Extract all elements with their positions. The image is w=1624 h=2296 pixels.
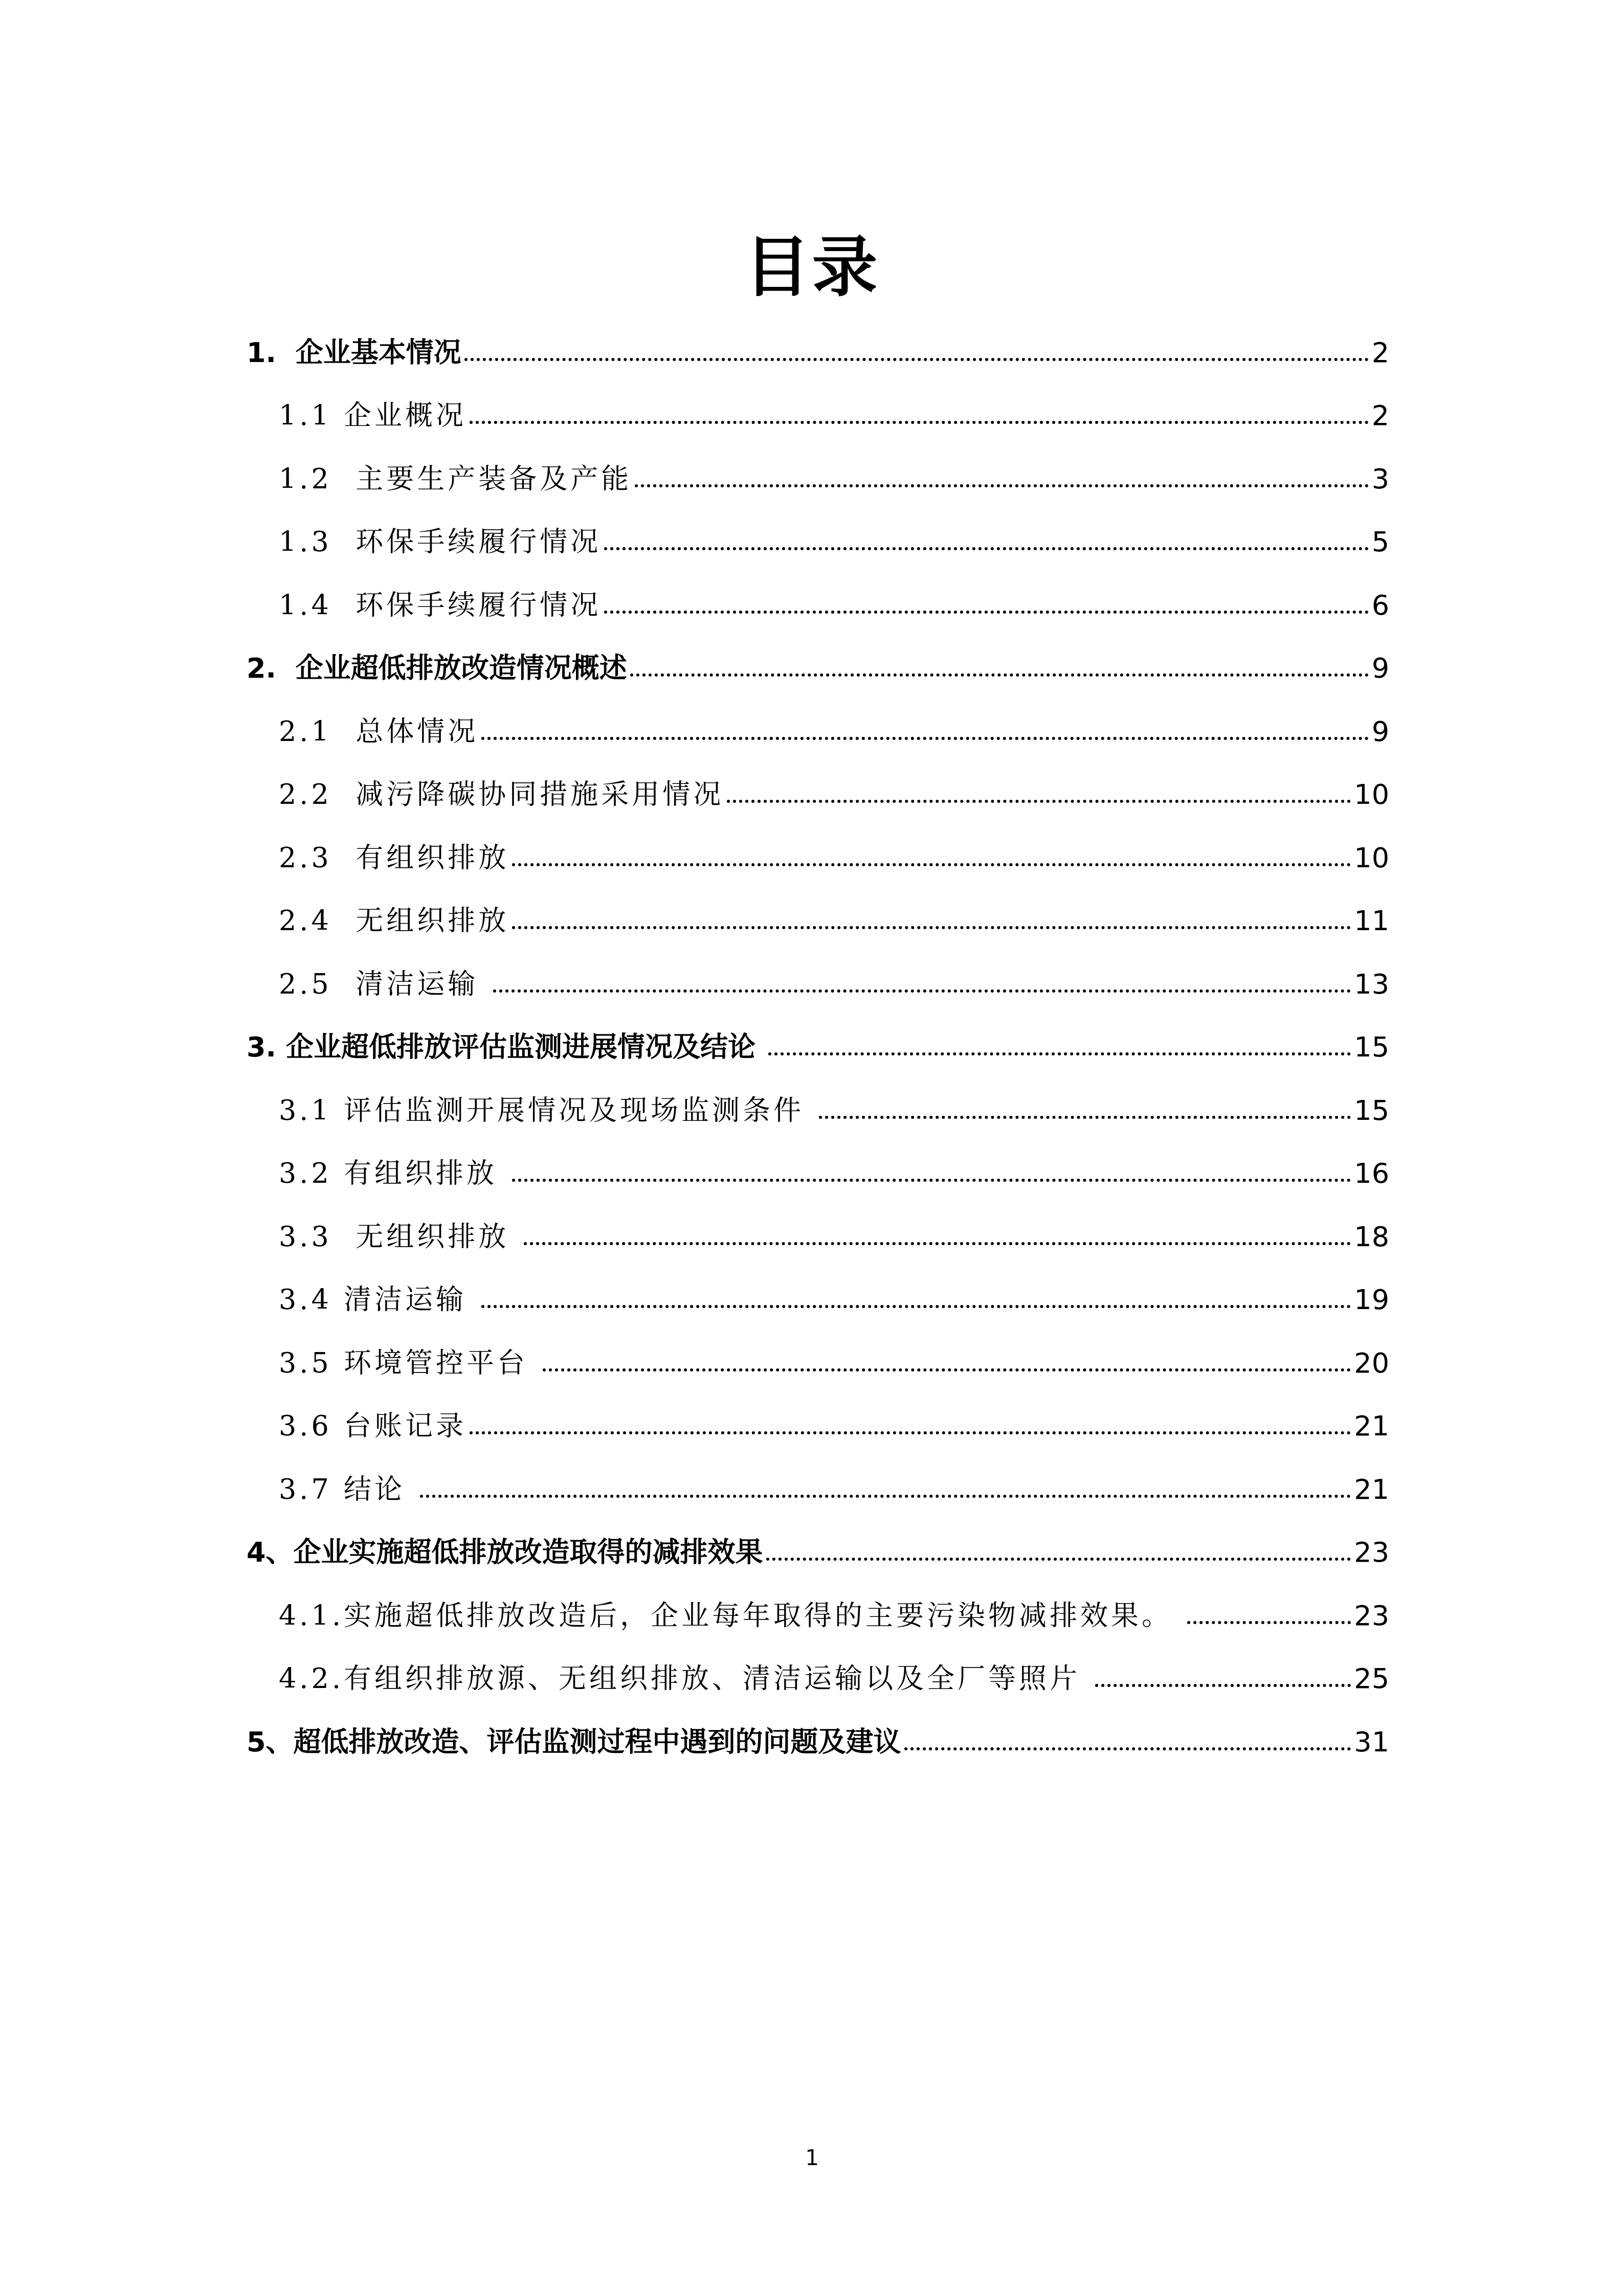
page-number: 1 bbox=[0, 2145, 1624, 2170]
toc-entry[interactable]: 3.3 无组织排放 18 bbox=[279, 1211, 1389, 1263]
toc-entry-page: 2 bbox=[1372, 327, 1389, 378]
toc-entry[interactable]: 4.1.实施超低排放改造后，企业每年取得的主要污染物减排效果。 23 bbox=[279, 1590, 1389, 1641]
toc-entry-page: 25 bbox=[1354, 1653, 1389, 1704]
dot-leader bbox=[727, 798, 1351, 803]
toc-entry-label: 5、超低排放改造、评估监测过程中遇到的问题及建议 bbox=[247, 1717, 901, 1768]
toc-entry[interactable]: 1.1 企业概况2 bbox=[279, 390, 1389, 441]
dot-leader bbox=[543, 1366, 1351, 1371]
toc-entry-page: 20 bbox=[1354, 1338, 1389, 1389]
toc-entry-label: 2.4 无组织排放 bbox=[279, 895, 509, 947]
toc-entry-label: 1. 企业基本情况 bbox=[247, 327, 461, 378]
toc-entry[interactable]: 4.2.有组织排放源、无组织排放、清洁运输以及全厂等照片 25 bbox=[279, 1653, 1389, 1704]
dot-leader bbox=[512, 1177, 1351, 1182]
toc-entry-page: 3 bbox=[1372, 454, 1389, 505]
toc-entry[interactable]: 4、企业实施超低排放改造取得的减排效果23 bbox=[247, 1527, 1389, 1578]
toc-entry-page: 23 bbox=[1354, 1590, 1389, 1641]
dot-leader bbox=[470, 1429, 1351, 1434]
toc-entry-label: 2.5 清洁运输 bbox=[279, 959, 490, 1010]
toc-entry-label: 3.4 清洁运输 bbox=[279, 1274, 478, 1325]
toc-entry-page: 31 bbox=[1354, 1717, 1389, 1768]
toc-entry-label: 2.3 有组织排放 bbox=[279, 832, 509, 884]
toc-entry[interactable]: 1.4 环保手续履行情况6 bbox=[279, 580, 1389, 631]
toc-entry[interactable]: 2.4 无组织排放11 bbox=[279, 895, 1389, 947]
toc-entry-label: 3.1 评估监测开展情况及现场监测条件 bbox=[279, 1085, 816, 1136]
toc-entry-page: 21 bbox=[1354, 1401, 1389, 1452]
toc-entry[interactable]: 3. 企业超低排放评估监测进展情况及结论 15 bbox=[247, 1022, 1389, 1073]
dot-leader bbox=[481, 735, 1368, 740]
toc-entry-page: 15 bbox=[1354, 1022, 1389, 1073]
toc-entry[interactable]: 2.2 减污降碳协同措施采用情况10 bbox=[279, 769, 1389, 820]
toc-entry[interactable]: 3.1 评估监测开展情况及现场监测条件 15 bbox=[279, 1085, 1389, 1136]
toc-entry-label: 4.2.有组织排放源、无组织排放、清洁运输以及全厂等照片 bbox=[279, 1653, 1092, 1704]
toc-entry[interactable]: 3.5 环境管控平台 20 bbox=[279, 1338, 1389, 1389]
toc-entry-label: 1.4 环保手续履行情况 bbox=[279, 580, 601, 631]
toc-entry-page: 9 bbox=[1372, 706, 1389, 757]
toc-entry[interactable]: 3.6 台账记录21 bbox=[279, 1401, 1389, 1452]
document-title: 目录 bbox=[0, 215, 1624, 309]
toc-entry-page: 15 bbox=[1354, 1085, 1389, 1136]
toc-entry-label: 4、企业实施超低排放改造取得的减排效果 bbox=[247, 1527, 763, 1578]
dot-leader bbox=[512, 924, 1351, 929]
toc-entry-label: 4.1.实施超低排放改造后，企业每年取得的主要污染物减排效果。 bbox=[279, 1590, 1184, 1641]
dot-leader bbox=[470, 419, 1369, 424]
toc-entry-label: 3.6 台账记录 bbox=[279, 1401, 466, 1452]
dot-leader bbox=[481, 1303, 1351, 1308]
toc-entry[interactable]: 2.1 总体情况9 bbox=[279, 706, 1389, 757]
toc-entry-label: 3. 企业超低排放评估监测进展情况及结论 bbox=[247, 1022, 765, 1073]
dot-leader bbox=[819, 1114, 1351, 1119]
toc-entry-page: 16 bbox=[1354, 1148, 1389, 1199]
dot-leader bbox=[464, 356, 1369, 361]
dot-leader bbox=[604, 545, 1368, 550]
dot-leader bbox=[904, 1745, 1351, 1750]
toc-entry-page: 9 bbox=[1372, 643, 1389, 694]
toc-entry[interactable]: 2. 企业超低排放改造情况概述9 bbox=[247, 643, 1389, 694]
toc-entry[interactable]: 2.5 清洁运输 13 bbox=[279, 959, 1389, 1010]
toc-entry-label: 1.3 环保手续履行情况 bbox=[279, 516, 601, 568]
toc-entry[interactable]: 1.2 主要生产装备及产能3 bbox=[279, 454, 1389, 505]
toc-entry-label: 3.2 有组织排放 bbox=[279, 1148, 509, 1199]
toc-entry[interactable]: 2.3 有组织排放10 bbox=[279, 832, 1389, 884]
dot-leader bbox=[766, 1556, 1351, 1561]
dot-leader bbox=[604, 609, 1368, 614]
toc-entry-page: 2 bbox=[1372, 390, 1389, 441]
toc-entry-page: 5 bbox=[1372, 516, 1389, 568]
toc-entry[interactable]: 5、超低排放改造、评估监测过程中遇到的问题及建议31 bbox=[247, 1717, 1389, 1768]
toc-entry-page: 19 bbox=[1354, 1274, 1389, 1325]
dot-leader bbox=[630, 671, 1369, 677]
dot-leader bbox=[1095, 1682, 1351, 1687]
toc-entry-label: 2.1 总体情况 bbox=[279, 706, 478, 757]
toc-entry[interactable]: 1.3 环保手续履行情况5 bbox=[279, 516, 1389, 568]
toc-entry-label: 2.2 减污降碳协同措施采用情况 bbox=[279, 769, 724, 820]
toc-entry-label: 3.3 无组织排放 bbox=[279, 1211, 521, 1263]
toc-entry[interactable]: 1. 企业基本情况2 bbox=[247, 327, 1389, 378]
toc-entry[interactable]: 3.7 结论 21 bbox=[279, 1464, 1389, 1515]
toc-entry-page: 10 bbox=[1354, 832, 1389, 884]
toc-entry-label: 3.5 环境管控平台 bbox=[279, 1338, 540, 1389]
dot-leader bbox=[512, 861, 1351, 866]
dot-leader bbox=[768, 1050, 1351, 1055]
dot-leader bbox=[1187, 1619, 1351, 1624]
toc-entry[interactable]: 3.4 清洁运输 19 bbox=[279, 1274, 1389, 1325]
toc-entry-page: 11 bbox=[1354, 895, 1389, 947]
toc-entry-label: 2. 企业超低排放改造情况概述 bbox=[247, 643, 627, 694]
dot-leader bbox=[420, 1493, 1351, 1498]
toc-entry-page: 10 bbox=[1354, 769, 1389, 820]
toc-entry-label: 1.1 企业概况 bbox=[279, 390, 466, 441]
toc-entry-page: 18 bbox=[1354, 1211, 1389, 1263]
dot-leader bbox=[635, 482, 1368, 487]
dot-leader bbox=[493, 987, 1351, 993]
toc-entry-label: 1.2 主要生产装备及产能 bbox=[279, 454, 632, 505]
toc-entry-page: 21 bbox=[1354, 1464, 1389, 1515]
toc-entry-label: 3.7 结论 bbox=[279, 1464, 417, 1515]
toc-entry-page: 6 bbox=[1372, 580, 1389, 631]
dot-leader bbox=[524, 1240, 1351, 1245]
toc-entry-page: 13 bbox=[1354, 959, 1389, 1010]
toc-entry[interactable]: 3.2 有组织排放 16 bbox=[279, 1148, 1389, 1199]
toc-entry-page: 23 bbox=[1354, 1527, 1389, 1578]
